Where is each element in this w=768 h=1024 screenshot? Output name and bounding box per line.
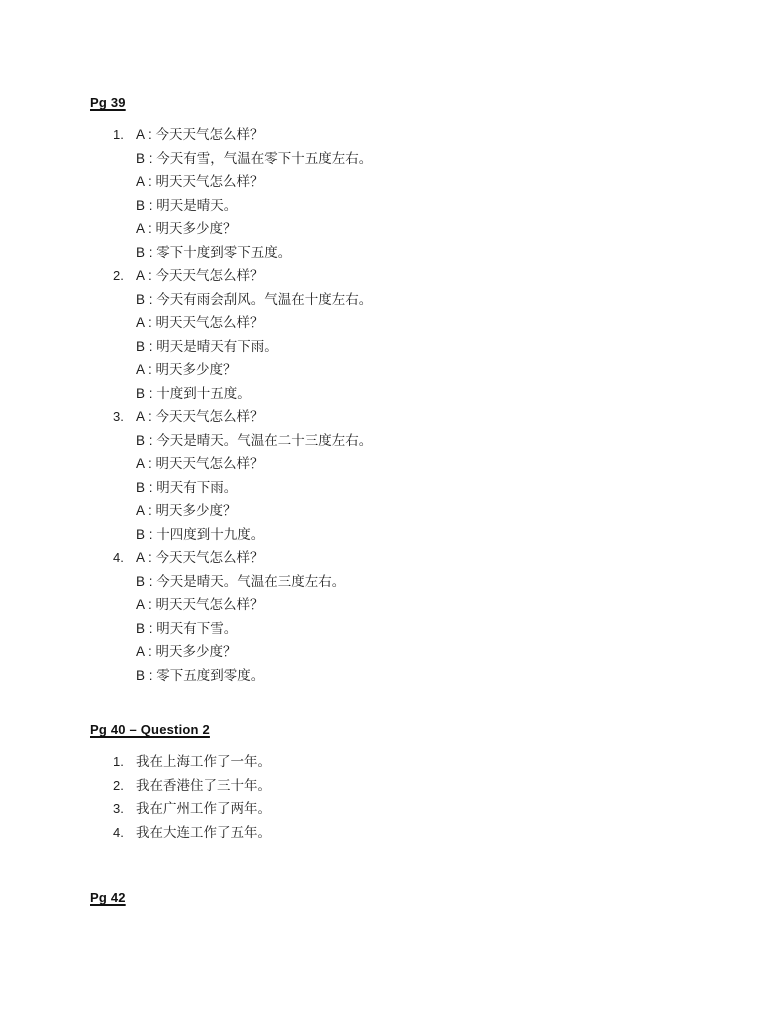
dialogue-line: B : 零下五度到零度。 (136, 664, 708, 688)
dialogue-line: 我在大连工作了五年。 (136, 821, 708, 845)
dialogue-line: B : 十度到十五度。 (136, 382, 708, 406)
dialogue-line: B : 今天是晴天。气温在三度左右。 (136, 570, 708, 594)
section-heading: Pg 40 – Question 2 (90, 722, 708, 738)
section-pg39: Pg 391.A : 今天天气怎么样？B : 今天有雪，气温在零下十五度左右。A… (90, 95, 708, 687)
item-number: 2. (113, 774, 136, 798)
section-pg42: Pg 42 (90, 890, 708, 906)
dialogue-line: B : 今天有雨会刮风。气温在十度左右。 (136, 288, 708, 312)
document-page: Pg 391.A : 今天天气怎么样？B : 今天有雪，气温在零下十五度左右。A… (0, 0, 768, 1024)
dialogue-line: 我在广州工作了两年。 (136, 797, 708, 821)
dialogue-line: A : 明天天气怎么样？ (136, 311, 708, 335)
dialogue-line: B : 十四度到十九度。 (136, 523, 708, 547)
dialogue-line: B : 明天有下雪。 (136, 617, 708, 641)
section-heading: Pg 42 (90, 890, 708, 906)
list-item: 4.我在大连工作了五年。 (113, 821, 708, 845)
item-lines: 我在香港住了三十年。 (136, 774, 708, 798)
document-content: Pg 391.A : 今天天气怎么样？B : 今天有雪，气温在零下十五度左右。A… (0, 0, 768, 906)
dialogue-line: B : 明天是晴天。 (136, 194, 708, 218)
dialogue-line: A : 明天多少度？ (136, 217, 708, 241)
dialogue-line: A : 明天天气怎么样？ (136, 452, 708, 476)
dialogue-line: B : 零下十度到零下五度。 (136, 241, 708, 265)
dialogue-line: B : 今天是晴天。气温在二十三度左右。 (136, 429, 708, 453)
dialogue-line: A : 今天天气怎么样？ (136, 123, 708, 147)
dialogue-line: 我在香港住了三十年。 (136, 774, 708, 798)
list-item: 2.A : 今天天气怎么样？B : 今天有雨会刮风。气温在十度左右。A : 明天… (113, 264, 708, 405)
list-item: 3.我在广州工作了两年。 (113, 797, 708, 821)
dialogue-line: B : 明天有下雨。 (136, 476, 708, 500)
dialogue-line: A : 明天多少度？ (136, 358, 708, 382)
item-number: 2. (113, 264, 136, 288)
numbered-list: 1.A : 今天天气怎么样？B : 今天有雪，气温在零下十五度左右。A : 明天… (90, 123, 708, 687)
section-heading: Pg 39 (90, 95, 708, 111)
list-item: 3.A : 今天天气怎么样？B : 今天是晴天。气温在二十三度左右。A : 明天… (113, 405, 708, 546)
dialogue-line: A : 今天天气怎么样？ (136, 264, 708, 288)
dialogue-line: B : 今天有雪，气温在零下十五度左右。 (136, 147, 708, 171)
dialogue-line: A : 明天多少度？ (136, 640, 708, 664)
item-lines: A : 今天天气怎么样？B : 今天有雪，气温在零下十五度左右。A : 明天天气… (136, 123, 708, 264)
dialogue-line: A : 明天天气怎么样？ (136, 170, 708, 194)
item-number: 3. (113, 405, 136, 429)
item-lines: A : 今天天气怎么样？B : 今天是晴天。气温在三度左右。A : 明天天气怎么… (136, 546, 708, 687)
item-number: 4. (113, 546, 136, 570)
numbered-list: 1.我在上海工作了一年。2.我在香港住了三十年。3.我在广州工作了两年。4.我在… (90, 750, 708, 844)
dialogue-line: 我在上海工作了一年。 (136, 750, 708, 774)
item-lines: A : 今天天气怎么样？B : 今天有雨会刮风。气温在十度左右。A : 明天天气… (136, 264, 708, 405)
dialogue-line: A : 明天多少度？ (136, 499, 708, 523)
item-number: 1. (113, 750, 136, 774)
item-number: 1. (113, 123, 136, 147)
item-lines: A : 今天天气怎么样？B : 今天是晴天。气温在二十三度左右。A : 明天天气… (136, 405, 708, 546)
list-item: 1.A : 今天天气怎么样？B : 今天有雪，气温在零下十五度左右。A : 明天… (113, 123, 708, 264)
list-item: 1.我在上海工作了一年。 (113, 750, 708, 774)
dialogue-line: B : 明天是晴天有下雨。 (136, 335, 708, 359)
item-number: 3. (113, 797, 136, 821)
dialogue-line: A : 明天天气怎么样？ (136, 593, 708, 617)
section-pg40: Pg 40 – Question 21.我在上海工作了一年。2.我在香港住了三十… (90, 722, 708, 844)
list-item: 4.A : 今天天气怎么样？B : 今天是晴天。气温在三度左右。A : 明天天气… (113, 546, 708, 687)
item-lines: 我在广州工作了两年。 (136, 797, 708, 821)
item-lines: 我在大连工作了五年。 (136, 821, 708, 845)
dialogue-line: A : 今天天气怎么样？ (136, 405, 708, 429)
item-number: 4. (113, 821, 136, 845)
list-item: 2.我在香港住了三十年。 (113, 774, 708, 798)
dialogue-line: A : 今天天气怎么样？ (136, 546, 708, 570)
item-lines: 我在上海工作了一年。 (136, 750, 708, 774)
